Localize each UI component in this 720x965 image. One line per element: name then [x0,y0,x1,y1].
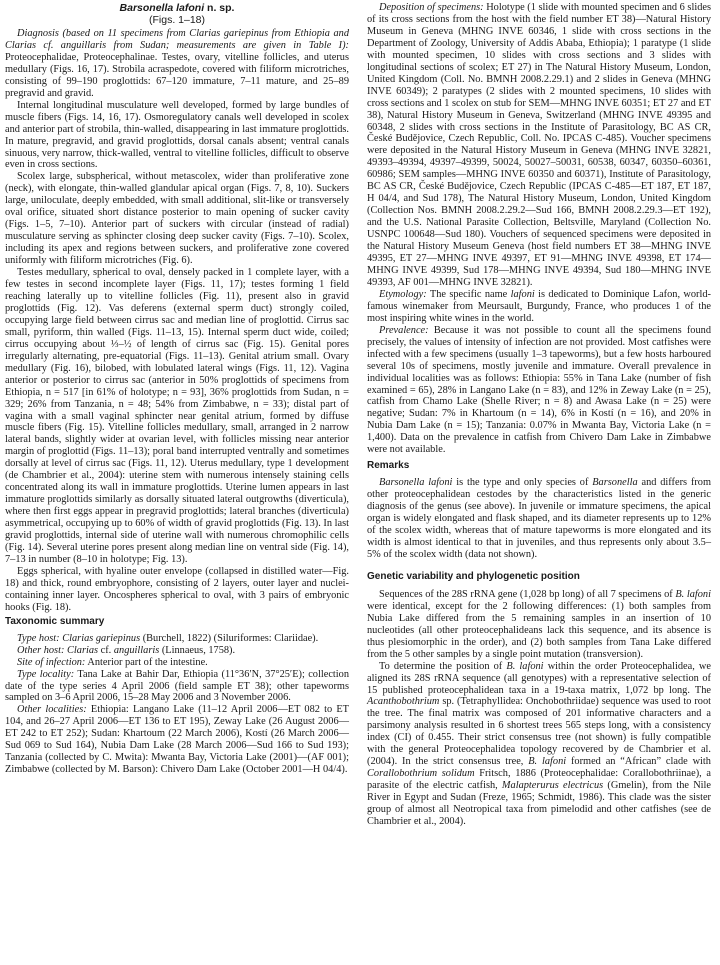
genetic-p2-species-3: B. lafoni [528,756,566,767]
type-host-label: Type host: [17,633,60,644]
genetic-p2-species-4: Corallobothrium solidum [367,768,475,779]
other-host-species: anguillaris [114,645,159,656]
other-host-paragraph: Other host: Clarias cf. anguillaris (Lin… [5,645,349,657]
remarks-species: Barsonella lafoni [379,477,452,488]
other-host-cf: cf. [98,645,114,656]
genetic-paragraph-1: Sequences of the 28S rRNA gene (1,028 bp… [367,589,711,661]
etymology-text-before: The specific name [427,289,511,300]
etymology-label: Etymology: [379,289,427,300]
etymology-name: lafoni [511,289,535,300]
genetic-p2-text-a: To determine the position of [379,661,506,672]
genetic-variability-heading: Genetic variability and phylogenetic pos… [367,571,711,583]
etymology-paragraph: Etymology: The specific name lafoni is d… [367,289,711,325]
other-localities-paragraph: Other localities: Ethiopia: Langano Lake… [5,704,349,776]
diagnosis-text: Proteocephalidae, Proteocephalinae. Test… [5,52,349,99]
prevalence-label: Prevalence: [379,325,429,336]
prevalence-paragraph: Prevalence: Because it was not possible … [367,325,711,456]
deposition-text: Holotype (1 slide with mounted specimen … [367,2,711,288]
site-of-infection-paragraph: Site of infection: Anterior part of the … [5,657,349,669]
type-locality-paragraph: Type locality: Tana Lake at Bahir Dar, E… [5,669,349,705]
remarks-paragraph: Barsonella lafoni is the type and only s… [367,477,711,561]
other-localities-label: Other localities: [17,704,87,715]
type-host-species: Clarias gariepinus [62,633,140,644]
remarks-heading: Remarks [367,460,711,472]
diagnosis-paragraph: Diagnosis (based on 11 specimens from Cl… [5,28,349,100]
species-figs-ref: (Figs. 1–18) [5,14,349,26]
remarks-text-b: and differs from other proteocephalidean… [367,477,711,560]
species-title-genus: Barsonella [120,2,174,14]
type-locality-label: Type locality: [17,669,74,680]
diagnosis-label: Diagnosis (based on 11 specimens from Cl… [5,28,349,51]
species-title-species: lafoni [176,2,204,14]
genetic-paragraph-2: To determine the position of B. lafoni w… [367,661,711,828]
musculature-paragraph: Internal longitudinal musculature well d… [5,100,349,172]
type-host-paragraph: Type host: Clarias gariepinus (Burchell,… [5,633,349,645]
remarks-genus: Barsonella [592,477,637,488]
deposition-paragraph: Deposition of specimens: Holotype (1 sli… [367,2,711,289]
other-host-label: Other host: [17,645,64,656]
genetic-p1-species: B. lafoni [675,589,711,600]
right-column: Deposition of specimens: Holotype (1 sli… [367,2,711,828]
testes-paragraph: Testes medullary, spherical to oval, den… [5,267,349,566]
scolex-paragraph: Scolex large, subspherical, without meta… [5,171,349,267]
genetic-p1-text-b: were identical, except for the 2 followi… [367,601,711,660]
site-of-infection-label: Site of infection: [17,657,85,668]
site-of-infection-text: Anterior part of the intestine. [85,657,207,668]
species-title: Barsonella lafoni n. sp. [5,2,349,14]
genetic-p2-species-1: B. lafoni [506,661,543,672]
genetic-p2-species-5: Malapterurus electricus [502,780,603,791]
type-host-text: (Burchell, 1822) (Siluriformes: Clariida… [140,633,318,644]
eggs-paragraph: Eggs spherical, with hyaline outer envel… [5,566,349,614]
remarks-text-a: is the type and only species of [452,477,592,488]
other-host-text: (Linnaeus, 1758). [159,645,235,656]
prevalence-text: Because it was not possible to count all… [367,325,711,456]
species-title-suffix: n. sp. [204,2,234,14]
genetic-p1-text-a: Sequences of the 28S rRNA gene (1,028 bp… [379,589,675,600]
left-column: Barsonella lafoni n. sp. (Figs. 1–18) Di… [5,2,349,776]
taxonomic-summary-heading: Taxonomic summary [5,616,349,628]
genetic-p2-species-2: Acanthobothrium [367,696,439,707]
genetic-p2-text-d: formed an “African” clade with [566,756,711,767]
other-host-genus: Clarias [67,645,98,656]
species-title-block: Barsonella lafoni n. sp. (Figs. 1–18) [5,2,349,26]
deposition-label: Deposition of specimens: [379,2,484,13]
